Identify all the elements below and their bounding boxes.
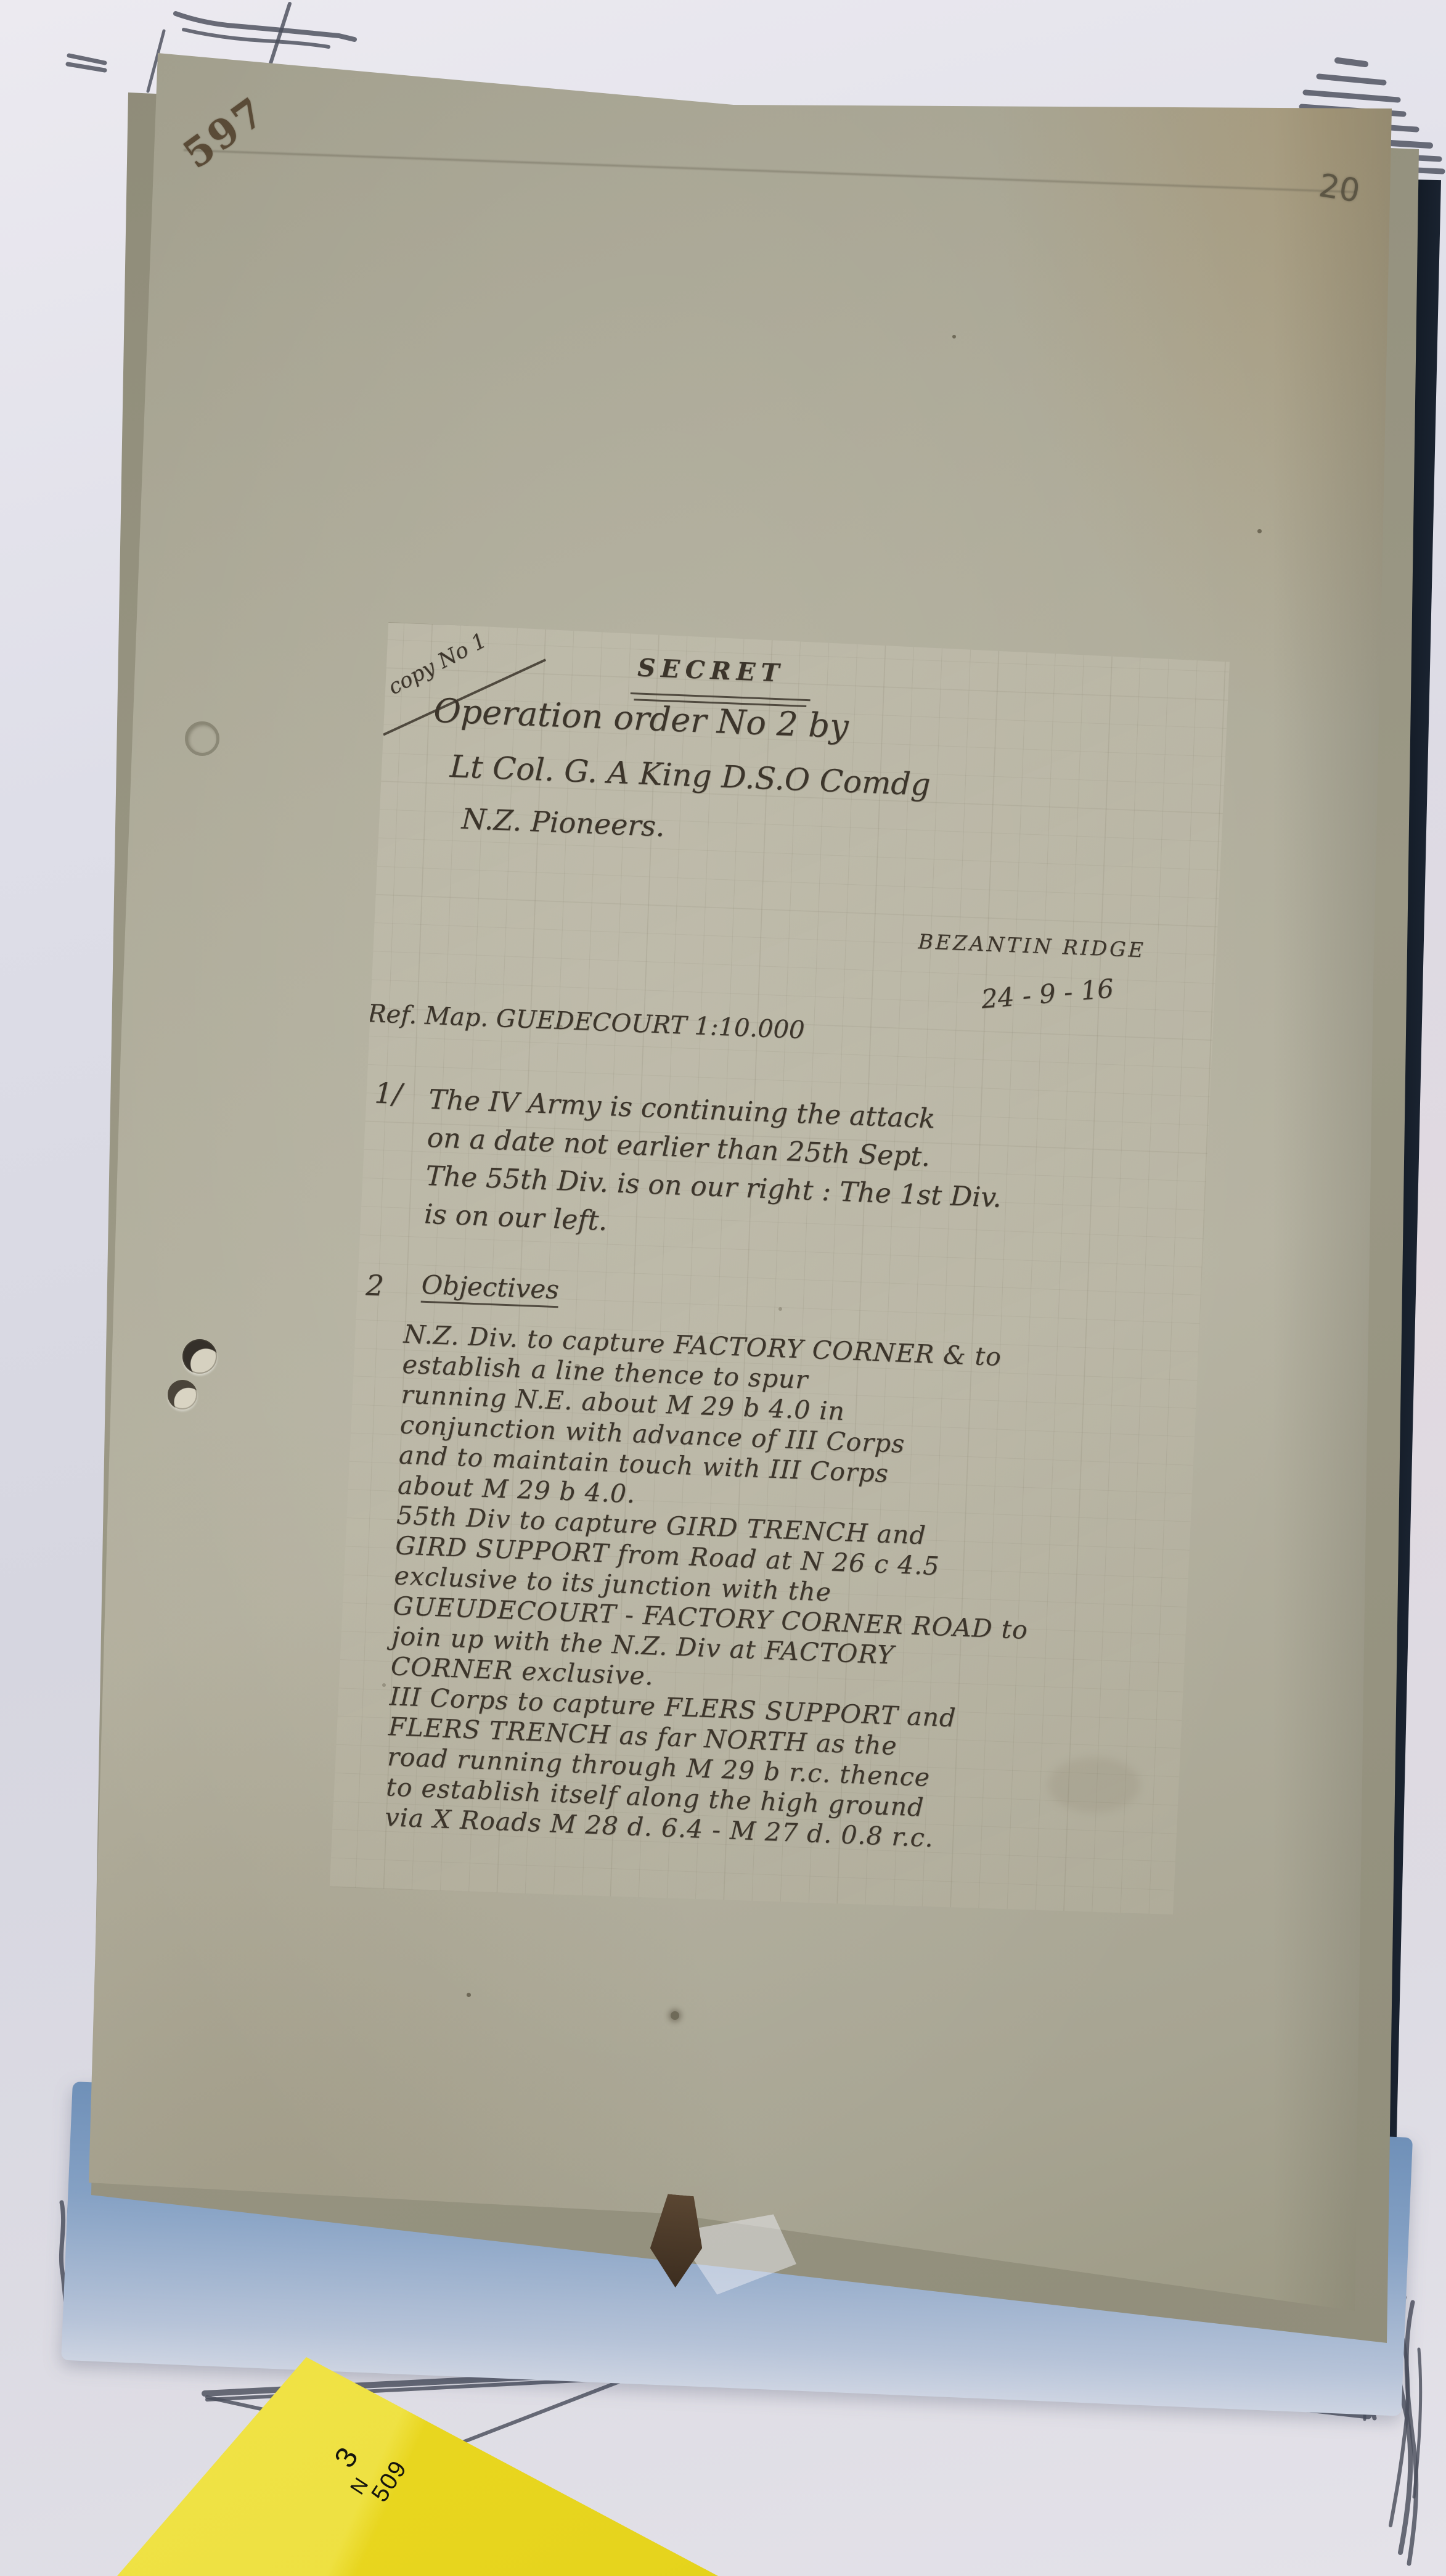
date-line: 24 - 9 - 16	[980, 973, 1115, 1014]
gridded-note-sheet: copy No 1 SECRET Operation order No 2 by…	[326, 621, 1233, 1920]
punch-hole-icon	[185, 721, 219, 756]
place-line: BEZANTIN RIDGE	[918, 929, 1146, 962]
punch-hole-icon	[168, 1380, 197, 1409]
paragraph-number: 2	[366, 1268, 385, 1302]
pencil-page-number: 20	[1317, 167, 1363, 210]
foxing-speck	[671, 2011, 679, 2020]
unit-line: N.Z. Pioneers.	[461, 802, 666, 843]
commander-line: Lt Col. G. A King D.S.O Comdg	[449, 749, 931, 803]
paragraph-number: 1/	[374, 1077, 403, 1111]
classification-heading: SECRET	[637, 653, 785, 687]
archive-photo: 597 20 copy No 1 SECRET Operation order …	[0, 0, 1446, 2576]
punch-hole-icon	[182, 1339, 217, 1374]
foxing-speck	[952, 335, 956, 338]
paragraph-1: The IV Army is continuing the attack on …	[423, 1081, 1005, 1256]
foxing-speck	[467, 1993, 471, 1997]
foxing-speck	[1257, 529, 1262, 533]
copy-annotation: copy No 1	[384, 628, 491, 700]
objectives-heading: Objectives	[421, 1270, 560, 1308]
paragraph-2: N.Z. Div. to capture FACTORY CORNER & to…	[385, 1319, 1039, 1857]
map-reference-line: Ref. Map. GUEDECOURT 1:10.000	[367, 999, 806, 1044]
